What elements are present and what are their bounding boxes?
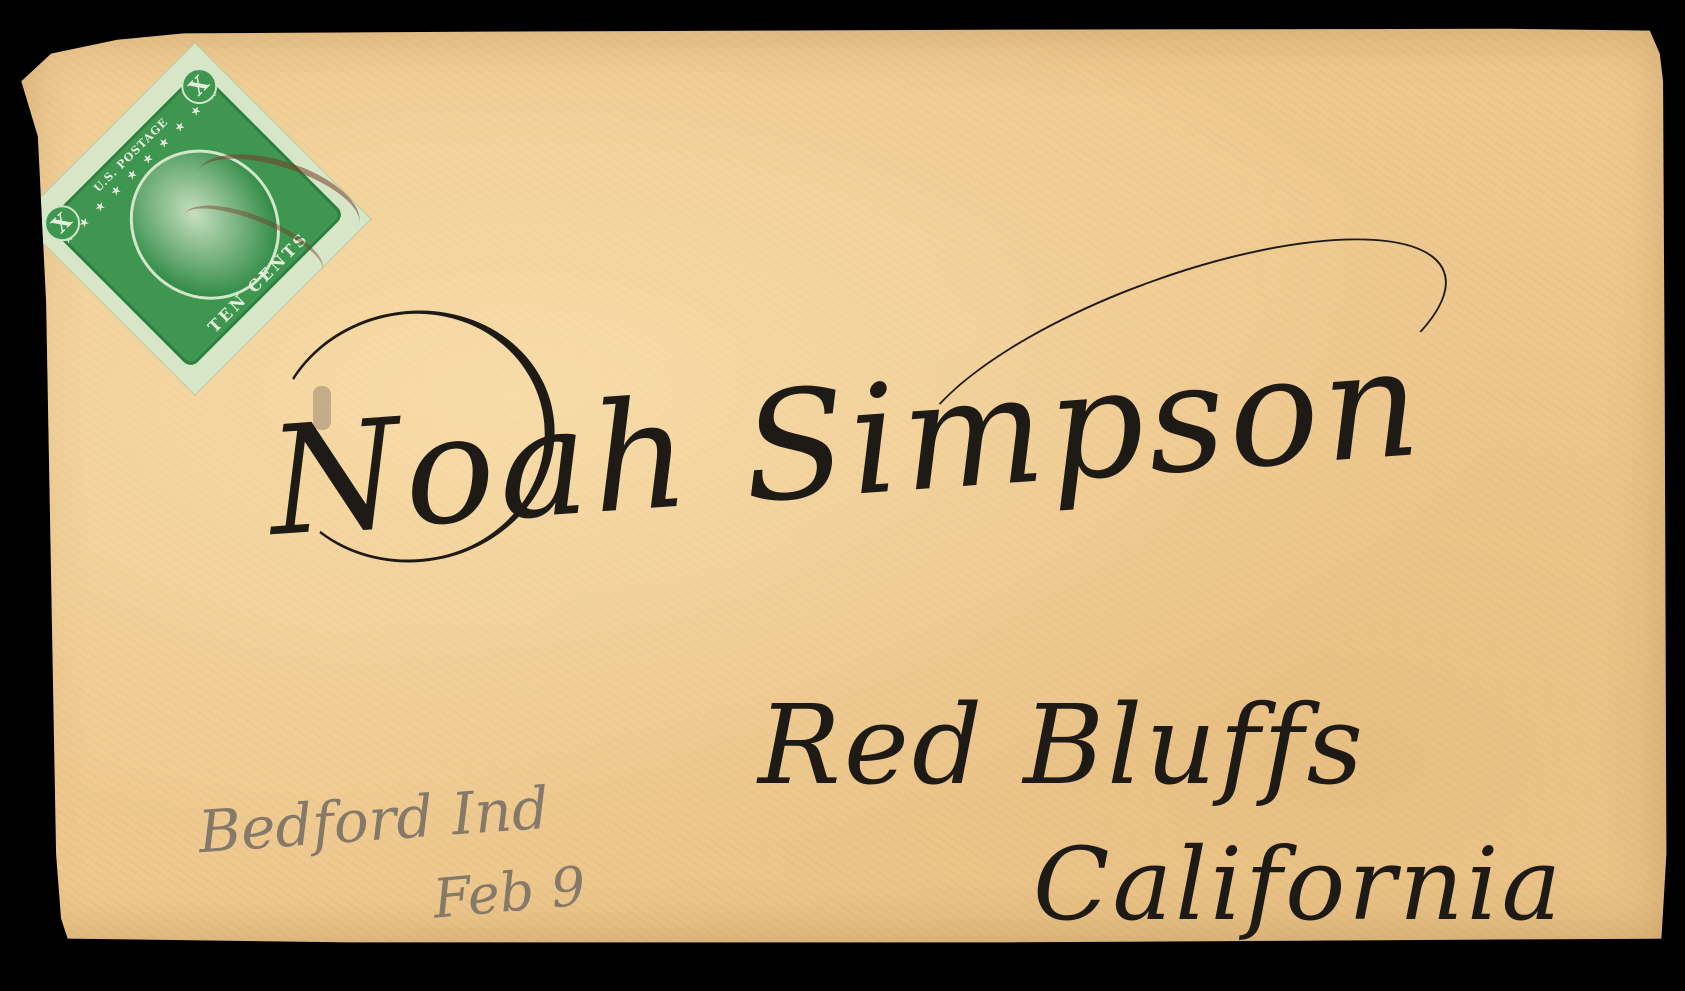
address-city: Red Bluffs	[758, 681, 1366, 809]
docket-date: Feb 9	[431, 854, 588, 930]
envelope: U.S. POSTAGE ★ ★ ★ ★ ★ ★ ★ ★ ★ ★ ★ TEN C…	[18, 26, 1673, 946]
docket-origin: Bedford Ind	[196, 774, 551, 866]
fold-crease	[198, 26, 1668, 28]
address-state: California	[1033, 826, 1564, 943]
